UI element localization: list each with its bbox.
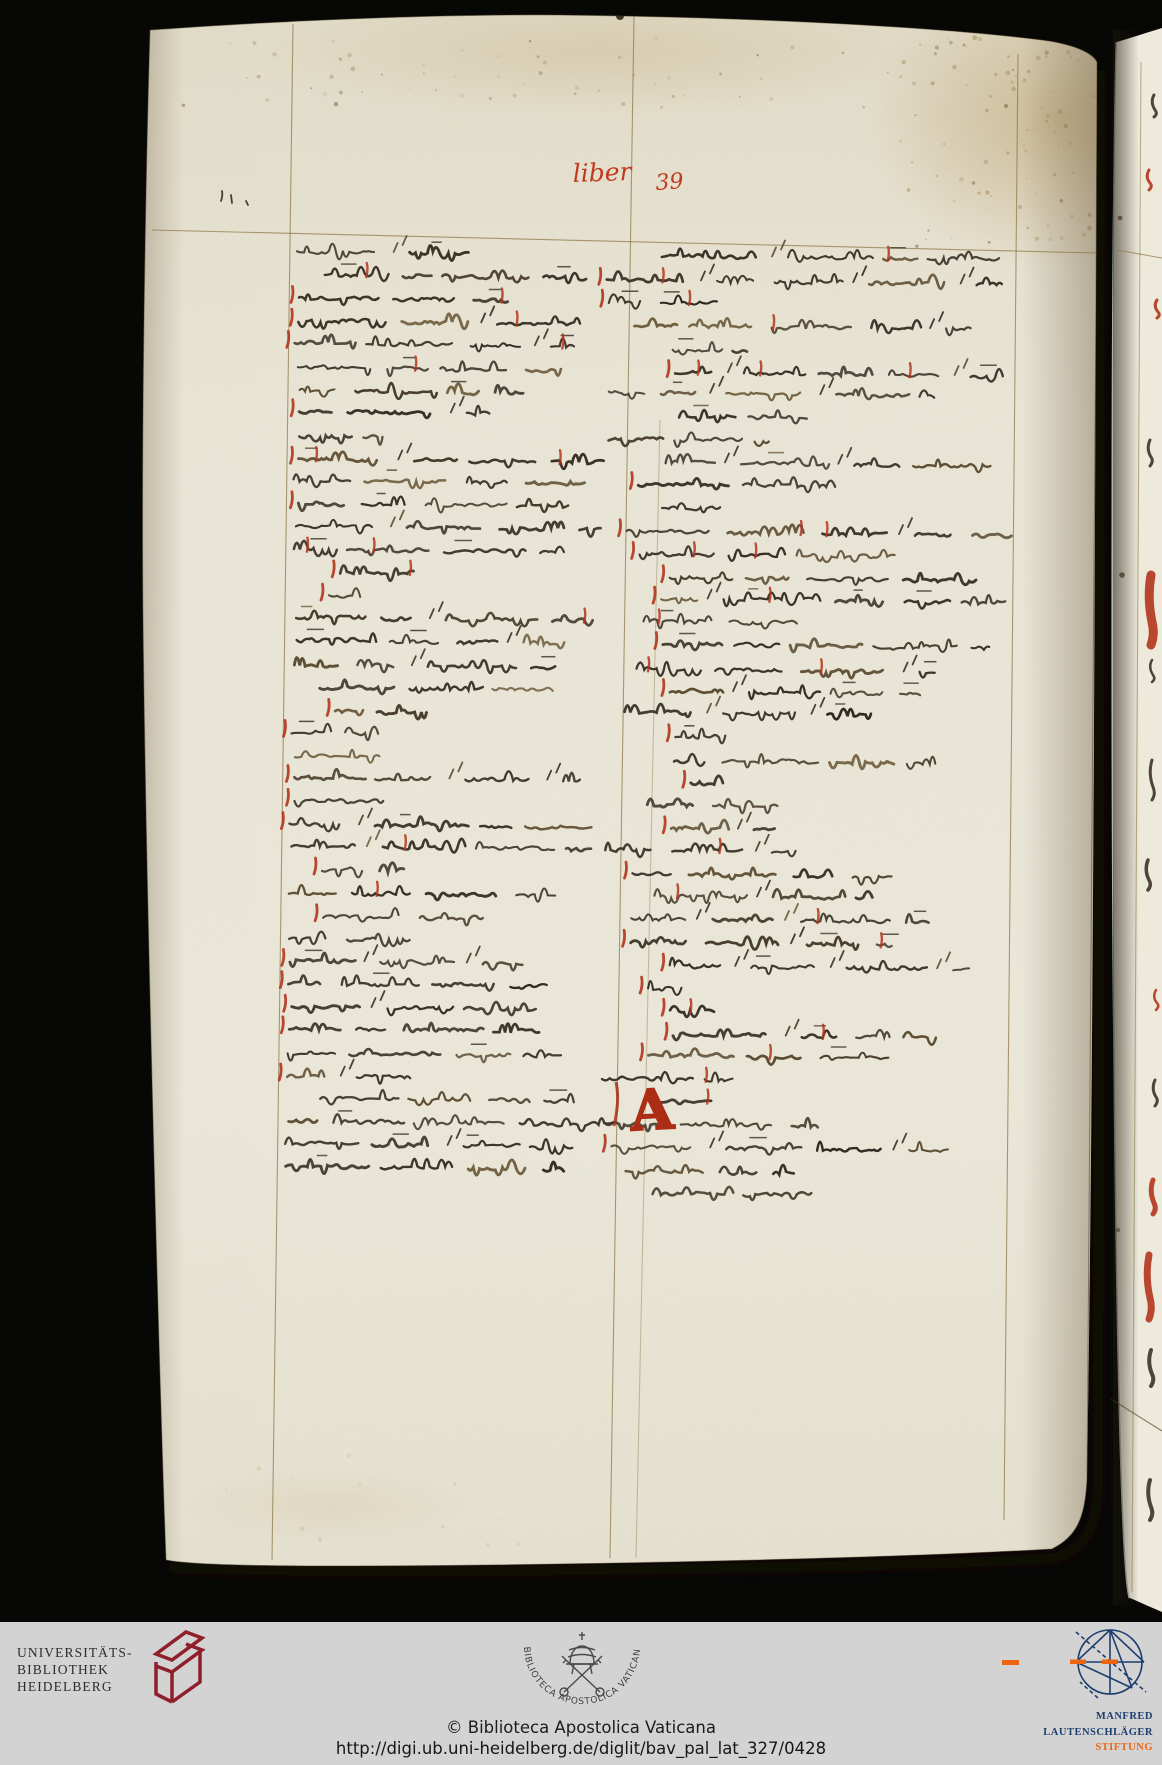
mls-line-2: LAUTENSCHLÄGER <box>1043 1725 1153 1741</box>
mls-line-3: STIFTUNG <box>1043 1740 1153 1756</box>
header-book-number: 39 <box>655 169 685 196</box>
mls-wordmark: MANFRED LAUTENSCHLÄGER STIFTUNG <box>1043 1709 1153 1756</box>
ub-line-3: HEIDELBERG <box>17 1678 133 1695</box>
facing-page-edge <box>1111 28 1162 1612</box>
header-book-word: liber <box>572 157 634 188</box>
footer-bar: UNIVERSITÄTS- BIBLIOTHEK HEIDELBERG <box>0 1622 1162 1765</box>
parchment-page: liber 39 A <box>140 0 1162 1570</box>
ub-heidelberg-wordmark: UNIVERSITÄTS- BIBLIOTHEK HEIDELBERG <box>17 1644 133 1695</box>
copyright-notice: © Biblioteca Apostolica Vaticana <box>0 1718 1162 1737</box>
ub-heidelberg-logo-icon <box>148 1628 210 1712</box>
ub-line-2: BIBLIOTHEK <box>17 1661 133 1678</box>
mls-dash-icon <box>1002 1660 1019 1665</box>
source-url: http://digi.ub.uni-heidelberg.de/diglit/… <box>0 1739 1162 1758</box>
vatican-library-seal: BIBLIOTECA APOSTOLICA VATICANA <box>500 1624 664 1722</box>
lombard-initial: A <box>628 1076 677 1144</box>
manuscript-photo: liber 39 A <box>0 0 1162 1765</box>
mls-line-1: MANFRED <box>1043 1709 1153 1725</box>
scanned-page-view: liber 39 A UNIVERSITÄTS- BIBLIOTHEK HEID… <box>0 0 1162 1765</box>
mls-globe-icon <box>1068 1624 1152 1708</box>
ub-line-1: UNIVERSITÄTS- <box>17 1644 133 1661</box>
